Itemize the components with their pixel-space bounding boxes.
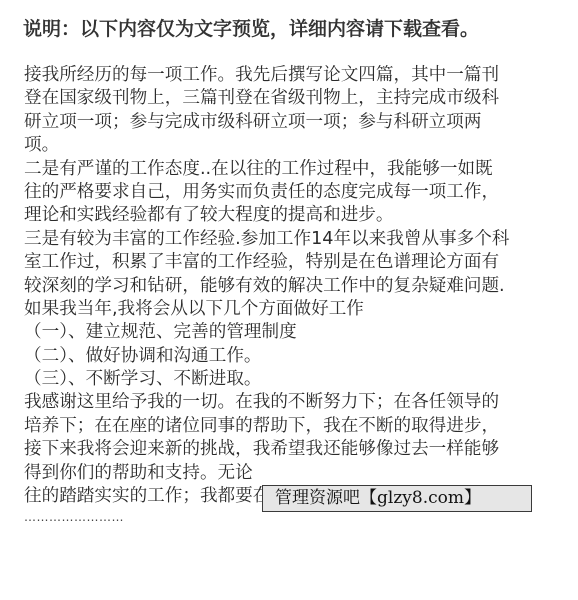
text-line: 接我所经历的每一项工作。我先后撰写论文四篇，其中一篇刊 (24, 64, 554, 87)
text-line: 我感谢这里给予我的一切。在我的不断努力下；在各任领导的 (24, 391, 554, 414)
text-line: 三是有较为丰富的工作经验.参加工作14年以来我曾从事多个科 (24, 228, 554, 251)
text-line: 项。 (24, 134, 554, 157)
text-line: 接下来我将会迎来新的挑战，我希望我还能够像过去一样能够 (24, 438, 554, 461)
text-line: 室工作过，积累了丰富的工作经验，特别是在色谱理论方面有 (24, 251, 554, 274)
text-line: 培养下；在在座的诸位同事的帮助下，我在不断的取得进步， (24, 415, 554, 438)
list-item: （一）、建立规范、完善的管理制度 (24, 321, 554, 344)
preview-notice: 说明：以下内容仅为文字预览，详细内容请下载查看。 (23, 14, 479, 41)
text-line: 往的严格要求自己，用务实而负责任的态度完成每一项工作， (24, 181, 554, 204)
text-line: 二是有严谨的工作态度..在以往的工作过程中，我能够一如既 (24, 158, 554, 181)
text-line: 得到你们的帮助和支持。无论 (24, 462, 554, 485)
text-line: 登在国家级刊物上，三篇刊登在省级刊物上，主持完成市级科 (24, 87, 554, 110)
ellipsis: …………………… (24, 510, 554, 524)
text-line: 较深刻的学习和钻研，能够有效的解决工作中的复杂疑难问题. (24, 275, 554, 298)
list-item: （二）、做好协调和沟通工作。 (24, 345, 554, 368)
text-line: 研立项一项；参与完成市级科研立项一项；参与科研立项两 (24, 111, 554, 134)
watermark-banner: 管理资源吧【glzy8.com】 (262, 485, 532, 512)
document-body: 接我所经历的每一项工作。我先后撰写论文四篇，其中一篇刊 登在国家级刊物上，三篇刊… (24, 64, 554, 524)
list-item: （三）、不断学习、不断进取。 (24, 368, 554, 391)
text-line: 如果我当年,我将会从以下几个方面做好工作 (24, 298, 554, 321)
text-line: 理论和实践经验都有了较大程度的提高和进步。 (24, 204, 554, 227)
